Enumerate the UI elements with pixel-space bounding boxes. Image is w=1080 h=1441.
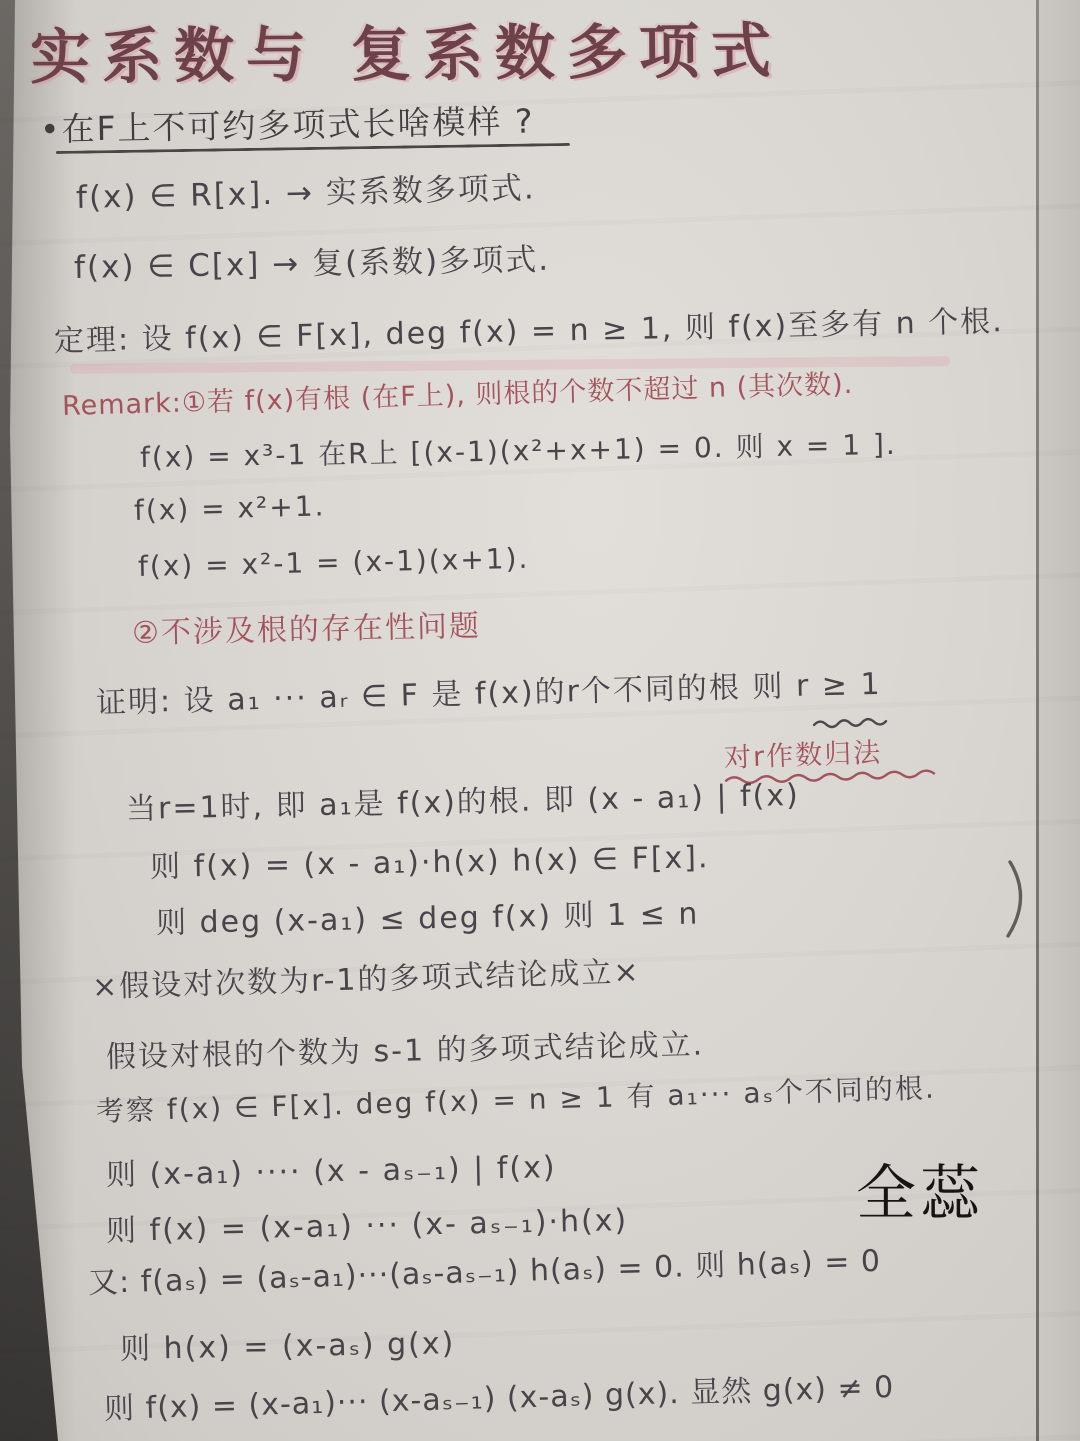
page-left-dark-edge xyxy=(0,0,62,1441)
factorization-with-h: 则 f(x) = (x-a₁) ··· (x- aₛ₋₁)·h(x) xyxy=(106,1195,629,1250)
example-cubic: f(x) = x³-1 在R上 [(x-1)(x²+x+1) = 0. 则 x … xyxy=(140,423,897,476)
wavy-underline-r-ge-1 xyxy=(812,714,891,730)
page-curl-mark xyxy=(1002,860,1036,940)
page-edge-line xyxy=(1036,0,1039,1441)
watermark-name: 全蕊 xyxy=(856,1146,984,1232)
base-factorization: 则 f(x) = (x - a₁)·h(x) h(x) ∈ F[x]. xyxy=(150,832,710,886)
notebook-page-photo: 实系数与 复系数多项式 •在F上不可约多项式长啥模样 ? f(x) ∈ R[x]… xyxy=(0,0,1080,1441)
consider-fx-line: 考察 f(x) ∈ F[x]. deg f(x) = n ≥ 1 有 a₁···… xyxy=(95,1067,936,1130)
theorem-statement: 定理: 设 f(x) ∈ F[x], deg f(x) = n ≥ 1, 则 f… xyxy=(54,296,1005,360)
base-case: 当r=1时, 即 a₁是 f(x)的根. 即 (x - a₁) | f(x) xyxy=(126,770,801,828)
page-title: 实系数与 复系数多项式 xyxy=(30,3,784,96)
crossed-out-hypothesis: ×假设对次数为r-1的多项式结论成立× xyxy=(91,947,641,1006)
remark-2: ②不涉及根的存在性问题 xyxy=(132,601,482,652)
proof-setup: 证明: 设 a₁ ··· aᵣ ∈ F 是 f(x)的r个不同的根 则 r ≥ … xyxy=(95,659,882,722)
final-factorization: 则 f(x) = (x-a₁)··· (x-aₛ₋₁) (x-aₛ) g(x).… xyxy=(103,1362,894,1428)
adjacent-page-strip xyxy=(1039,0,1080,1441)
induction-hypothesis: 假设对根的个数为 s-1 的多项式结论成立. xyxy=(106,1019,705,1076)
example-x2-minus-1: f(x) = x²-1 = (x-1)(x+1). xyxy=(138,542,530,583)
h-factorization: 则 h(x) = (x-aₛ) g(x) xyxy=(120,1318,456,1368)
divisibility-line: 则 (x-a₁) ···· (x - aₛ₋₁) | f(x) xyxy=(106,1142,557,1194)
complex-poly-mapping: f(x) ∈ C[x] → 复(系数)多项式. xyxy=(74,234,551,287)
degree-inequality: 则 deg (x-a₁) ≤ deg f(x) 则 1 ≤ n xyxy=(156,889,700,942)
example-x2-plus-1: f(x) = x²+1. xyxy=(134,489,326,527)
question-irreducible-poly: •在F上不可约多项式长啥模样 ? xyxy=(40,95,535,151)
real-poly-mapping: f(x) ∈ R[x]. → 实系数多项式. xyxy=(76,162,536,217)
